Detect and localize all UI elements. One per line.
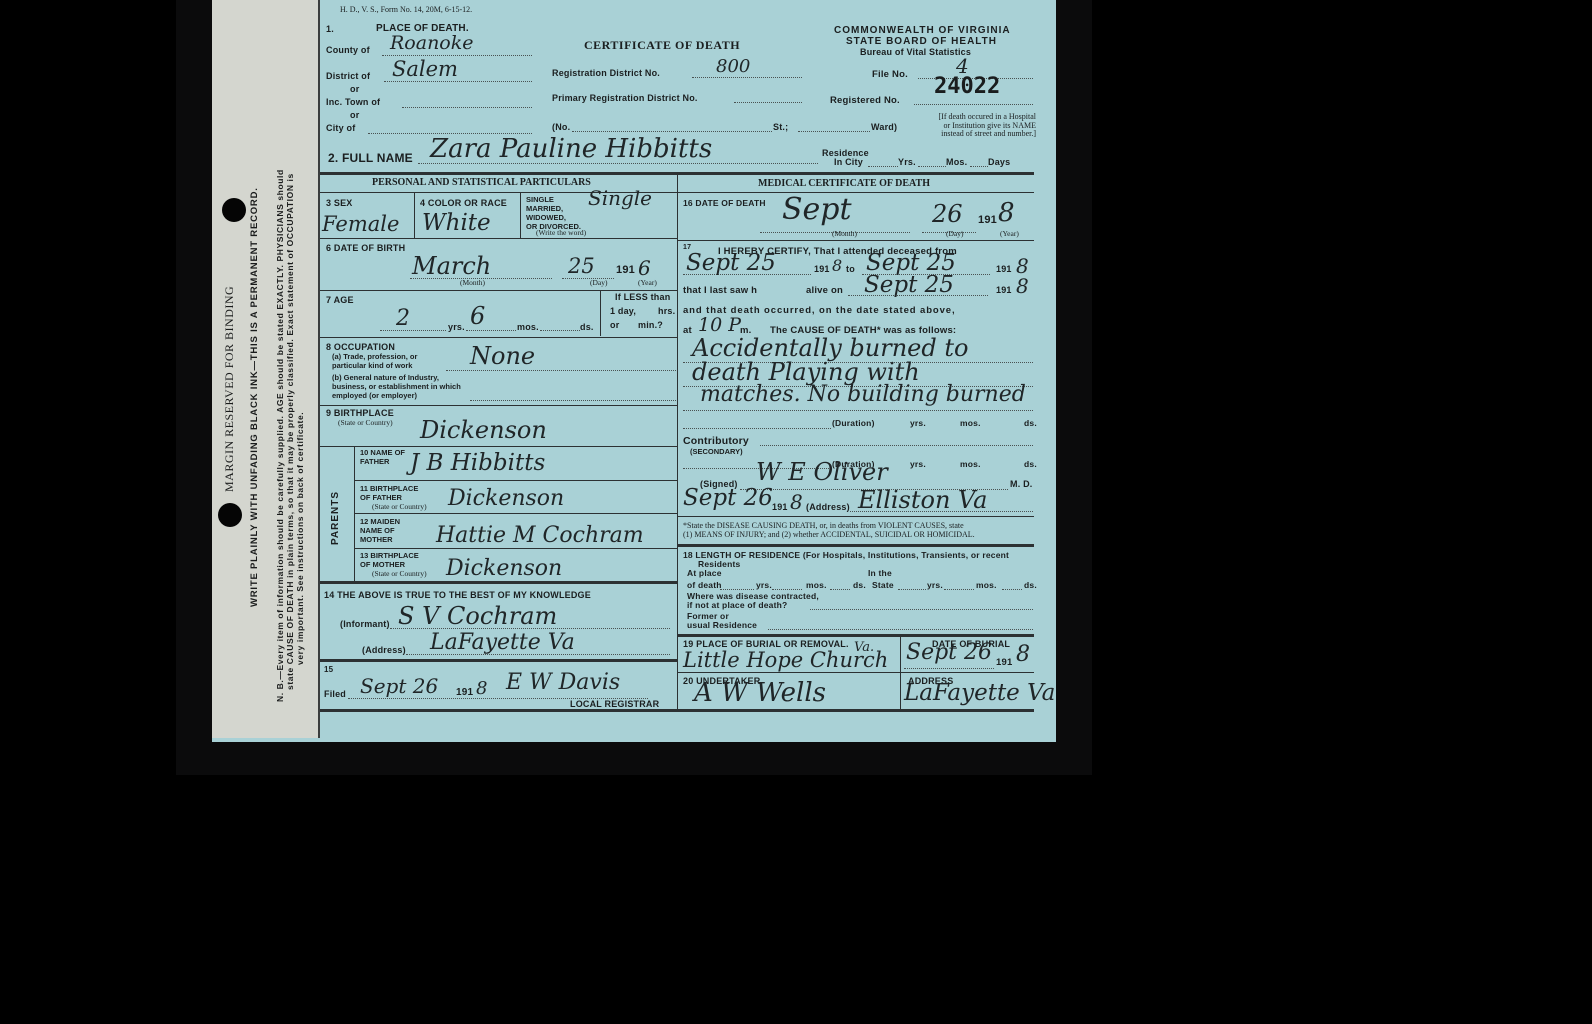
margin-nb-line2: state CAUSE OF DEATH in plain terms, so … (285, 173, 295, 690)
mother-name-value: Hattie M Cochram (436, 523, 644, 548)
agency-line2: STATE BOARD OF HEALTH (846, 36, 997, 47)
age-label: 7 AGE (326, 295, 354, 305)
age-yrs: yrs. (448, 322, 465, 332)
physician-address-label: (Address) (806, 502, 850, 512)
sex-value: Female (322, 212, 399, 236)
residence-yrs: Yrs. (898, 157, 916, 167)
mos-label: mos. (960, 418, 981, 428)
informant-address-value: LaFayette Va (430, 630, 575, 655)
physician-address: Elliston Va (858, 486, 987, 514)
full-name-label: 2. FULL NAME (328, 151, 413, 165)
attended-from-date: Sept 25 (686, 250, 776, 276)
month-caption: (Month) (832, 229, 857, 238)
mos-label: mos. (976, 580, 997, 590)
date-of-death-month: Sept (782, 192, 852, 227)
residence-mos: Mos. (946, 157, 967, 167)
mother-birthplace-value: Dickenson (446, 556, 562, 581)
filed-year-suffix: 8 (476, 678, 487, 699)
age-ds: ds. (580, 322, 594, 332)
yrs-label: yrs. (910, 418, 926, 428)
or-label: or (350, 110, 359, 120)
md-label: M. D. (1010, 479, 1033, 489)
full-name-value: Zara Pauline Hibbitts (430, 134, 712, 164)
state-country-sub: (State or Country) (372, 569, 427, 578)
month-caption: (Month) (460, 278, 485, 287)
district-value: Salem (392, 57, 458, 81)
personal-heading: PERSONAL AND STATISTICAL PARTICULARS (372, 177, 591, 188)
race-label: 4 COLOR OR RACE (420, 198, 507, 208)
sex-label: 3 SEX (326, 198, 353, 208)
ward-label: Ward) (871, 122, 897, 132)
agency-line1: COMMONWEALTH OF VIRGINIA (834, 25, 1011, 36)
parents-label: PARENTS (330, 491, 341, 545)
one-day-label: 1 day, (610, 306, 636, 316)
of-death-label: of death (687, 580, 722, 590)
residence-in-city: In City (834, 157, 863, 167)
year-caption: (Year) (638, 278, 657, 287)
dob-year-prefix: 191 (616, 264, 635, 276)
yrs-label: yrs. (927, 580, 943, 590)
occupation-b-label: (b) General nature of Industry, business… (332, 373, 472, 400)
county-label: County of (326, 45, 370, 55)
ds-label: ds. (1024, 418, 1037, 428)
day-caption: (Day) (946, 229, 964, 238)
agency-line3: Bureau of Vital Statistics (860, 47, 971, 57)
birthplace-sub: (State or Country) (338, 418, 393, 427)
informant-heading: 14 THE ABOVE IS TRUE TO THE BEST OF MY K… (324, 590, 591, 600)
primary-registration-label: Primary Registration District No. (552, 93, 698, 103)
occupation-a-label: (a) Trade, profession, or particular kin… (332, 352, 442, 370)
informant-label: (Informant) (340, 619, 390, 629)
punch-hole (218, 503, 242, 527)
street-no-label: (No. (552, 122, 570, 132)
dod-year-prefix: 191 (978, 214, 997, 226)
informant-address-label: (Address) (362, 645, 406, 655)
margin-ink-text: WRITE PLAINLY WITH UNFADING BLACK INK—TH… (249, 187, 260, 607)
date-of-death-label: 16 DATE OF DEATH (683, 198, 766, 208)
age-mos: mos. (517, 322, 539, 332)
alive-on-label: alive on (806, 285, 843, 296)
margin-nb-line3: very important. See instructions on back… (295, 412, 305, 665)
item-1-number: 1. (326, 24, 334, 34)
or-label: or (350, 84, 359, 94)
year-prefix: 191 (772, 502, 788, 512)
file-no-label: File No. (872, 69, 908, 80)
yrs-label: yrs. (910, 459, 926, 469)
at-place-label: At place (687, 568, 722, 578)
former-residence-label-2: usual Residence (687, 620, 757, 630)
state-label: State (872, 580, 894, 590)
year-prefix: 191 (814, 264, 830, 274)
alive-on-year: 8 (1016, 274, 1029, 298)
duration-label: (Duration) (832, 418, 875, 428)
alive-on-date: Sept 25 (864, 272, 954, 298)
footnote-line1: *State the DISEASE CAUSING DEATH, or, in… (683, 521, 964, 530)
column-divider (677, 175, 678, 710)
contributory-label: Contributory (683, 435, 749, 447)
burial-place-state: Va. (854, 640, 874, 655)
signed-year: 8 (790, 490, 803, 514)
marital-value: Single (588, 186, 652, 210)
state-country-sub: (State or Country) (372, 502, 427, 511)
margin-nb-line1: N. B.—Every item of information should b… (275, 169, 285, 702)
filed-date: Sept 26 (360, 674, 438, 698)
local-registrar-label: LOCAL REGISTRAR (570, 699, 659, 709)
min-label: min.? (638, 320, 663, 330)
registered-no-stamp: 24022 (934, 74, 1000, 99)
cause-line-3: matches. No building burned (700, 382, 1026, 407)
undertaker-value: A W Wells (694, 678, 826, 708)
physician-signature: W E Oliver (756, 458, 888, 486)
ds-label: ds. (1024, 580, 1037, 590)
filed-year-prefix: 191 (456, 687, 473, 698)
dob-day: 25 (568, 254, 595, 278)
age-years: 2 (396, 306, 410, 331)
city-label: City of (326, 123, 355, 133)
mother-birthplace-label: 13 BIRTHPLACE OF MOTHER (360, 551, 424, 569)
at-label: at (683, 325, 692, 336)
punch-hole (222, 198, 246, 222)
where-contracted-label-2: if not at place of death? (687, 600, 787, 610)
burial-year-prefix: 191 (996, 657, 1012, 668)
yrs-label: yrs. (756, 580, 772, 590)
year-prefix: 191 (996, 264, 1012, 274)
item-15-number: 15 (324, 665, 333, 674)
dob-label: 6 DATE OF BIRTH (326, 243, 405, 253)
certificate-title: CERTIFICATE OF DEATH (584, 38, 740, 53)
birthplace-label: 9 BIRTHPLACE (326, 408, 394, 418)
occupation-label: 8 OCCUPATION (326, 342, 395, 352)
medical-heading: MEDICAL CERTIFICATE OF DEATH (758, 178, 930, 189)
margin-binding-text: MARGIN RESERVED FOR BINDING (222, 286, 237, 492)
day-caption: (Day) (590, 278, 608, 287)
dob-month: March (412, 252, 491, 280)
signed-date: Sept 26 (683, 485, 773, 511)
hrs-label: hrs. (658, 306, 675, 316)
or-label: or (610, 320, 619, 330)
death-certificate-form: H. D., V. S., Form No. 14, 20M, 6-15-12.… (320, 0, 1056, 742)
father-birthplace-value: Dickenson (448, 486, 564, 511)
secondary-label: (SECONDARY) (690, 447, 743, 456)
registrar-signature: E W Davis (506, 670, 620, 695)
date-of-death-day: 26 (932, 200, 963, 228)
dod-year-suffix: 8 (998, 198, 1015, 228)
year-caption: (Year) (1000, 229, 1019, 238)
mother-name-label: 12 MAIDEN NAME OF MOTHER (360, 517, 424, 544)
mos-label: mos. (806, 580, 827, 590)
form-id: H. D., V. S., Form No. 14, 20M, 6-15-12. (340, 5, 472, 14)
burial-year-suffix: 8 (1016, 642, 1030, 667)
registration-district-label: Registration District No. (552, 68, 660, 78)
race-value: White (422, 210, 491, 236)
filed-label: Filed (324, 689, 346, 699)
father-birthplace-label: 11 BIRTHPLACE OF FATHER (360, 484, 424, 502)
occupation-value: None (470, 342, 535, 370)
marital-write-note: (Write the word) (536, 228, 586, 237)
informant-value: S V Cochram (398, 602, 557, 630)
county-value: Roanoke (390, 32, 474, 54)
dob-year-suffix: 6 (638, 256, 651, 280)
mos-label: mos. (960, 459, 981, 469)
year-prefix: 191 (996, 285, 1012, 295)
registration-district-value: 800 (716, 56, 750, 77)
ds-label: ds. (853, 580, 866, 590)
time-of-death: 10 P (698, 314, 741, 336)
street-label: St.; (773, 122, 788, 132)
binding-margin: MARGIN RESERVED FOR BINDING WRITE PLAINL… (212, 0, 320, 738)
district-label: District of (326, 71, 370, 81)
registered-no-label: Registered No. (830, 95, 900, 106)
town-label: Inc. Town of (326, 97, 380, 107)
burial-date-value: Sept 26 (906, 640, 992, 665)
birthplace-value: Dickenson (420, 416, 547, 444)
undertaker-address-value: LaFayette Va (904, 680, 1055, 706)
in-the-label: In the (868, 568, 892, 578)
marital-label: SINGLE MARRIED, WIDOWED, OR DIVORCED. (526, 195, 581, 231)
father-name-value: J B Hibbitts (410, 450, 545, 476)
residence-days: Days (988, 157, 1010, 167)
to-label: to (846, 264, 855, 274)
last-saw-label: that I last saw h (683, 285, 757, 296)
age-months: 6 (470, 302, 485, 330)
attended-from-year: 8 (832, 256, 842, 275)
ds-label: ds. (1024, 459, 1037, 469)
hospital-note: [If death occured in a Hospital or Insti… (932, 113, 1036, 139)
less-than-label: If LESS than (615, 292, 670, 302)
footnote-line2: (1) MEANS OF INJURY; and (2) whether ACC… (683, 530, 975, 539)
